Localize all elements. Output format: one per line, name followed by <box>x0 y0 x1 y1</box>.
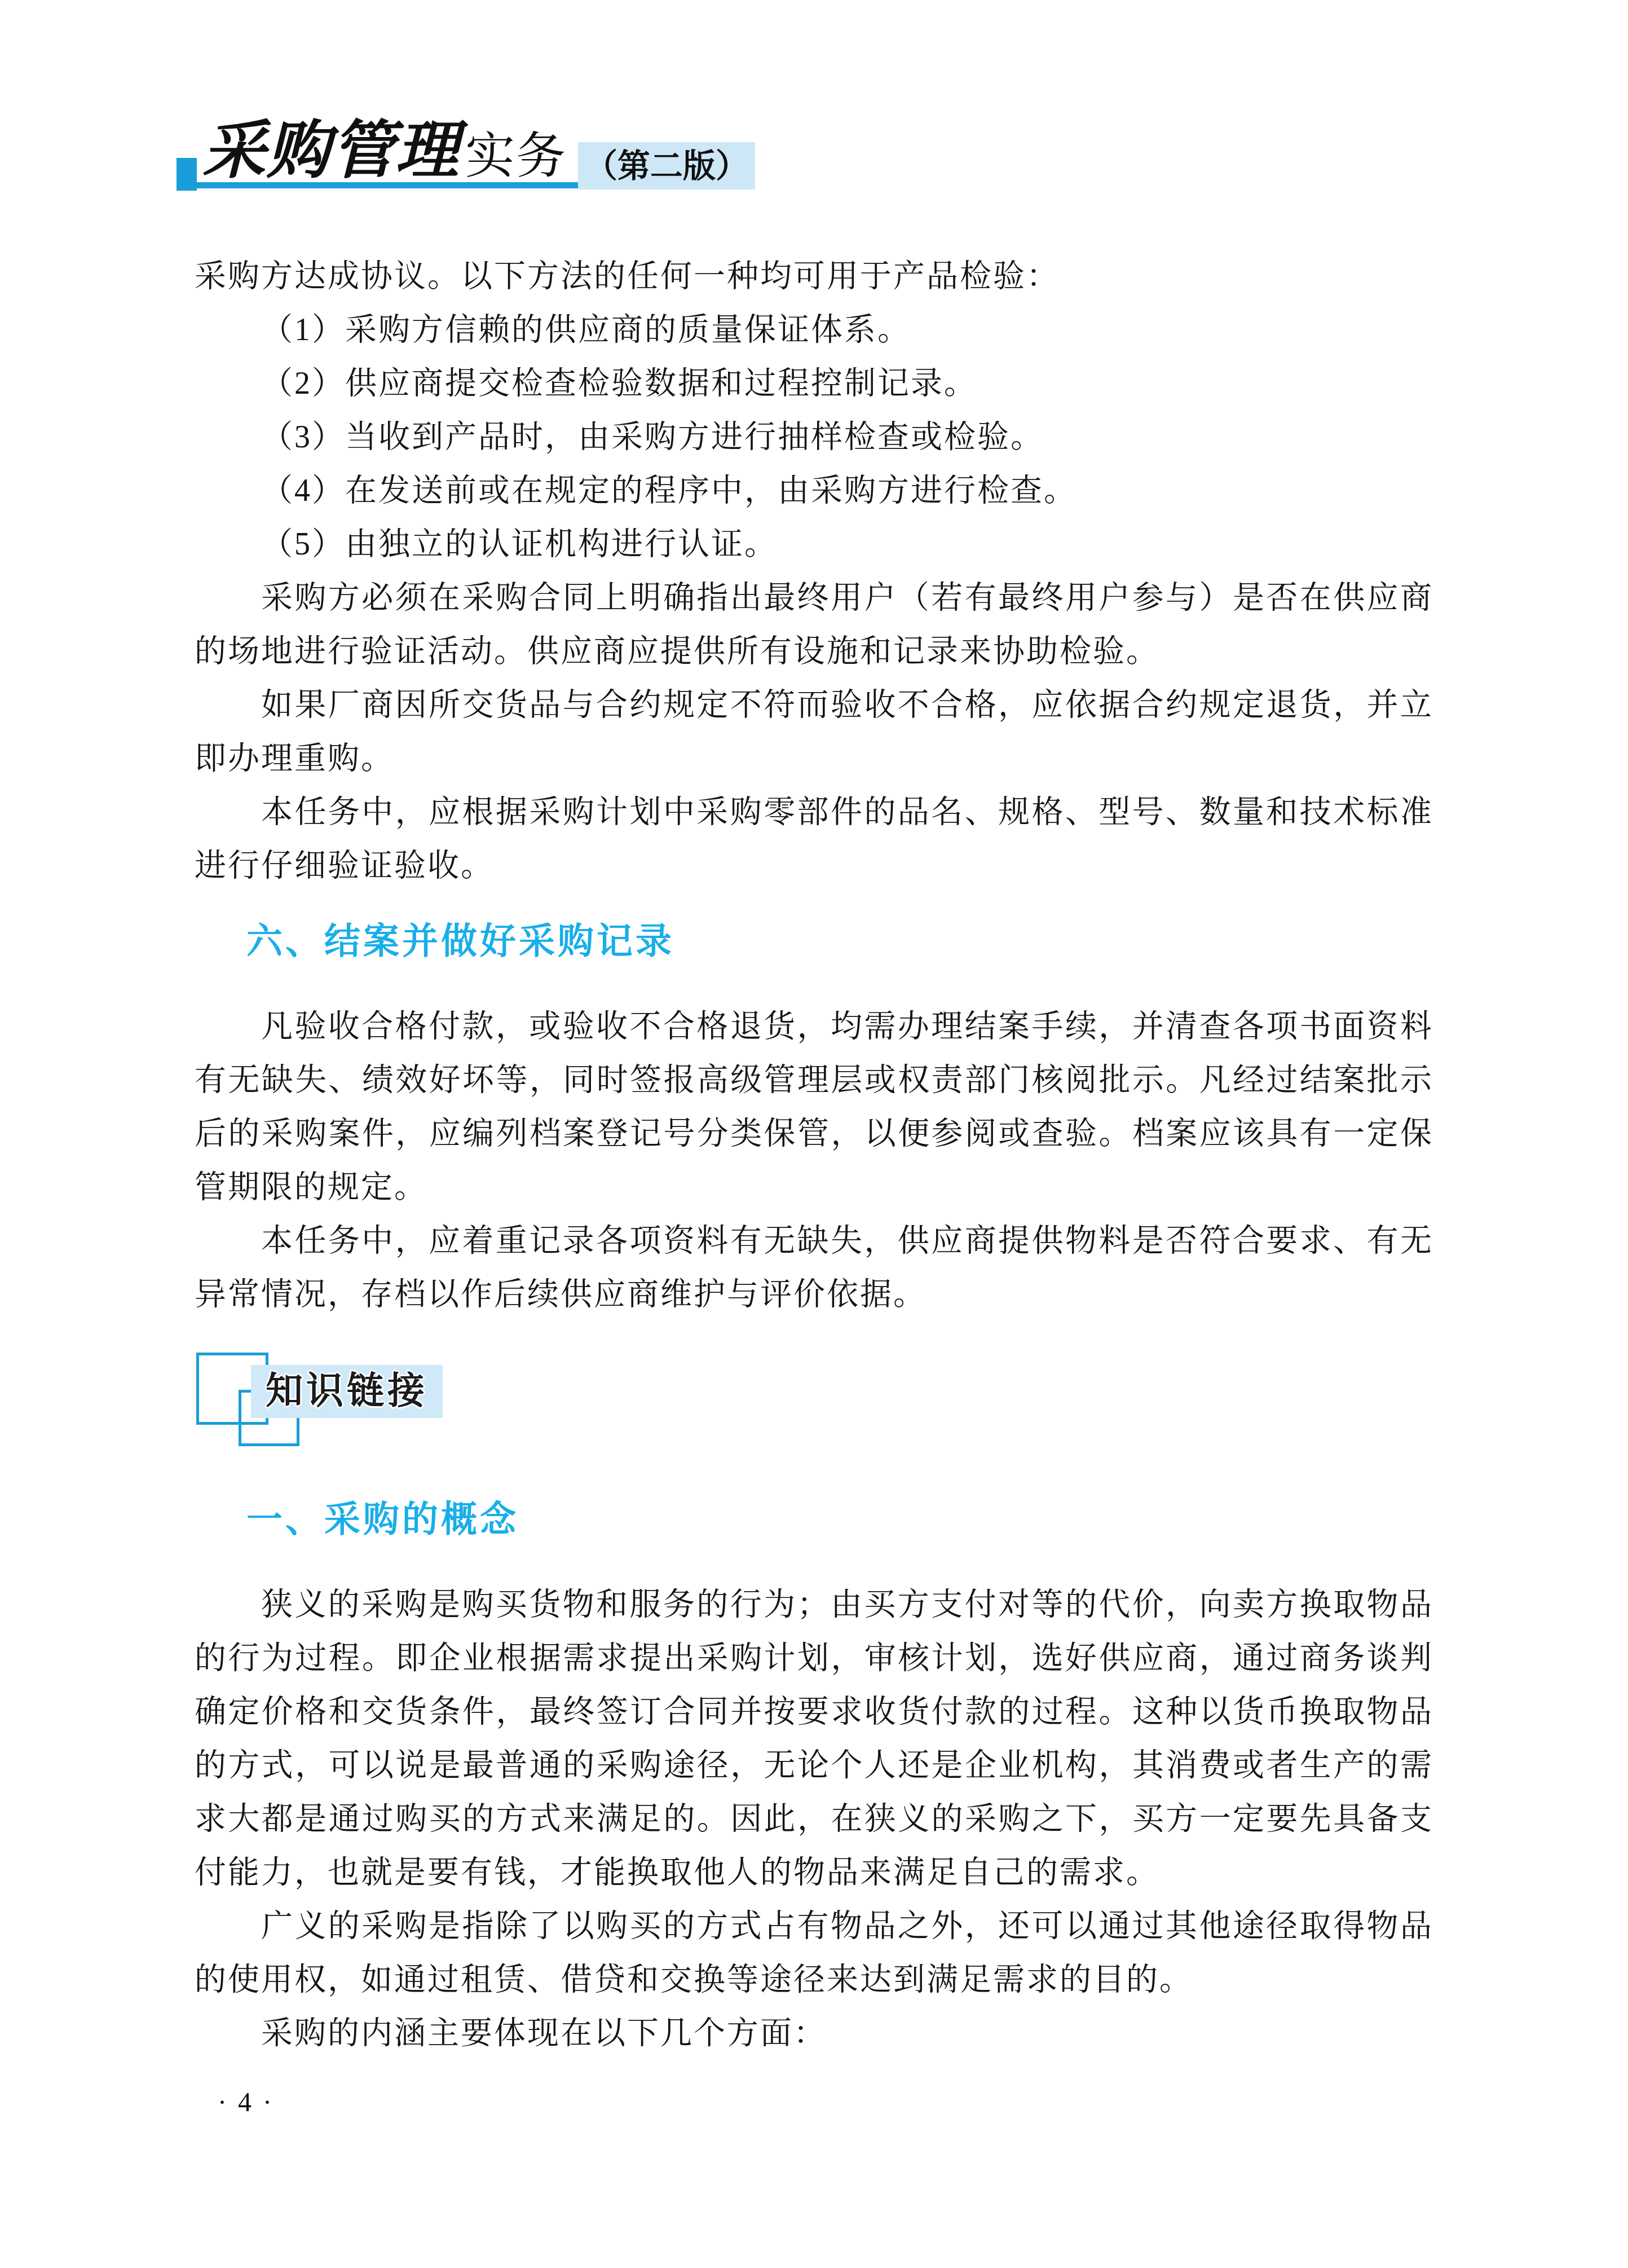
book-page: 采购管理 实务 （第二版） 采购方达成协议。以下方法的任何一种均可用于产品检验：… <box>0 0 1628 2268</box>
body-line: 进行仔细验证验收。 <box>195 839 1433 893</box>
badge-band: 知识链接 <box>251 1365 443 1418</box>
body-line: 的场地进行验证活动。供应商应提供所有设施和记录来协助检验。 <box>195 625 1433 679</box>
body-line: （5）由独立的认证机构进行认证。 <box>195 518 1433 571</box>
body-line: 采购方达成协议。以下方法的任何一种均可用于产品检验： <box>195 250 1433 303</box>
body-line: 本任务中，应根据采购计划中采购零部件的品名、规格、型号、数量和技术标准 <box>195 786 1433 839</box>
body-line: （1）采购方信赖的供应商的质量保证体系。 <box>195 303 1433 357</box>
book-title-calligraphy: 采购管理 <box>202 120 460 183</box>
body-line: 的使用权，如通过租赁、借贷和交换等途径来达到满足需求的目的。 <box>195 1953 1433 2007</box>
body-line: 狭义的采购是购买货物和服务的行为；由买方支付对等的代价，向卖方换取物品 <box>195 1578 1433 1632</box>
body-line: （3）当收到产品时，由采购方进行抽样检查或检验。 <box>195 411 1433 464</box>
body-line: 即办理重购。 <box>195 732 1433 786</box>
body-line: 的行为过程。即企业根据需求提出采购计划，审核计划，选好供应商，通过商务谈判 <box>195 1632 1433 1685</box>
body-line: 求大都是通过购买的方式来满足的。因此，在狭义的采购之下，买方一定要先具备支 <box>195 1793 1433 1846</box>
edition-badge: （第二版） <box>578 142 755 190</box>
book-header: 采购管理 实务 （第二版） <box>177 106 966 191</box>
body-line: 有无缺失、绩效好坏等，同时签报高级管理层或权责部门核阅批示。凡经过结案批示 <box>195 1054 1433 1107</box>
body-line: 的方式，可以说是最普通的采购途径，无论个人还是企业机构，其消费或者生产的需 <box>195 1739 1433 1793</box>
body-line: （4）在发送前或在规定的程序中，由采购方进行检查。 <box>195 464 1433 518</box>
body-line: 后的采购案件，应编列档案登记号分类保管，以便参阅或查验。档案应该具有一定保 <box>195 1107 1433 1161</box>
body-line: 异常情况，存档以作后续供应商维护与评价依据。 <box>195 1268 1433 1322</box>
body-line: 付能力，也就是要有钱，才能换取他人的物品来满足自己的需求。 <box>195 1846 1433 1900</box>
book-title-suffix: 实务 <box>465 132 567 182</box>
body-line: 确定价格和交货条件，最终签订合同并按要求收货付款的过程。这种以货币换取物品 <box>195 1685 1433 1739</box>
knowledge-link-badge: 知识链接 <box>195 1347 1433 1432</box>
section-heading: 一、采购的概念 <box>195 1488 1433 1550</box>
body-line: 采购方必须在采购合同上明确指出最终用户（若有最终用户参与）是否在供应商 <box>195 571 1433 625</box>
section-heading: 六、结案并做好采购记录 <box>195 910 1433 972</box>
body-line: 本任务中，应着重记录各项资料有无缺失，供应商提供物料是否符合要求、有无 <box>195 1214 1433 1268</box>
badge-label: 知识链接 <box>266 1373 428 1410</box>
body-line: （2）供应商提交检查检验数据和过程控制记录。 <box>195 357 1433 411</box>
body-line: 管期限的规定。 <box>195 1161 1433 1214</box>
body-line: 广义的采购是指除了以购买的方式占有物品之外，还可以通过其他途径取得物品 <box>195 1900 1433 1953</box>
body-line: 凡验收合格付款，或验收不合格退货，均需办理结案手续，并清查各项书面资料 <box>195 1000 1433 1054</box>
content-area: 采购方达成协议。以下方法的任何一种均可用于产品检验：（1）采购方信赖的供应商的质… <box>195 250 1433 2060</box>
page-number: · 4 · <box>218 2087 274 2118</box>
body-line: 采购的内涵主要体现在以下几个方面： <box>195 2007 1433 2060</box>
body-line: 如果厂商因所交货品与合约规定不符而验收不合格，应依据合约规定退货，并立 <box>195 679 1433 732</box>
